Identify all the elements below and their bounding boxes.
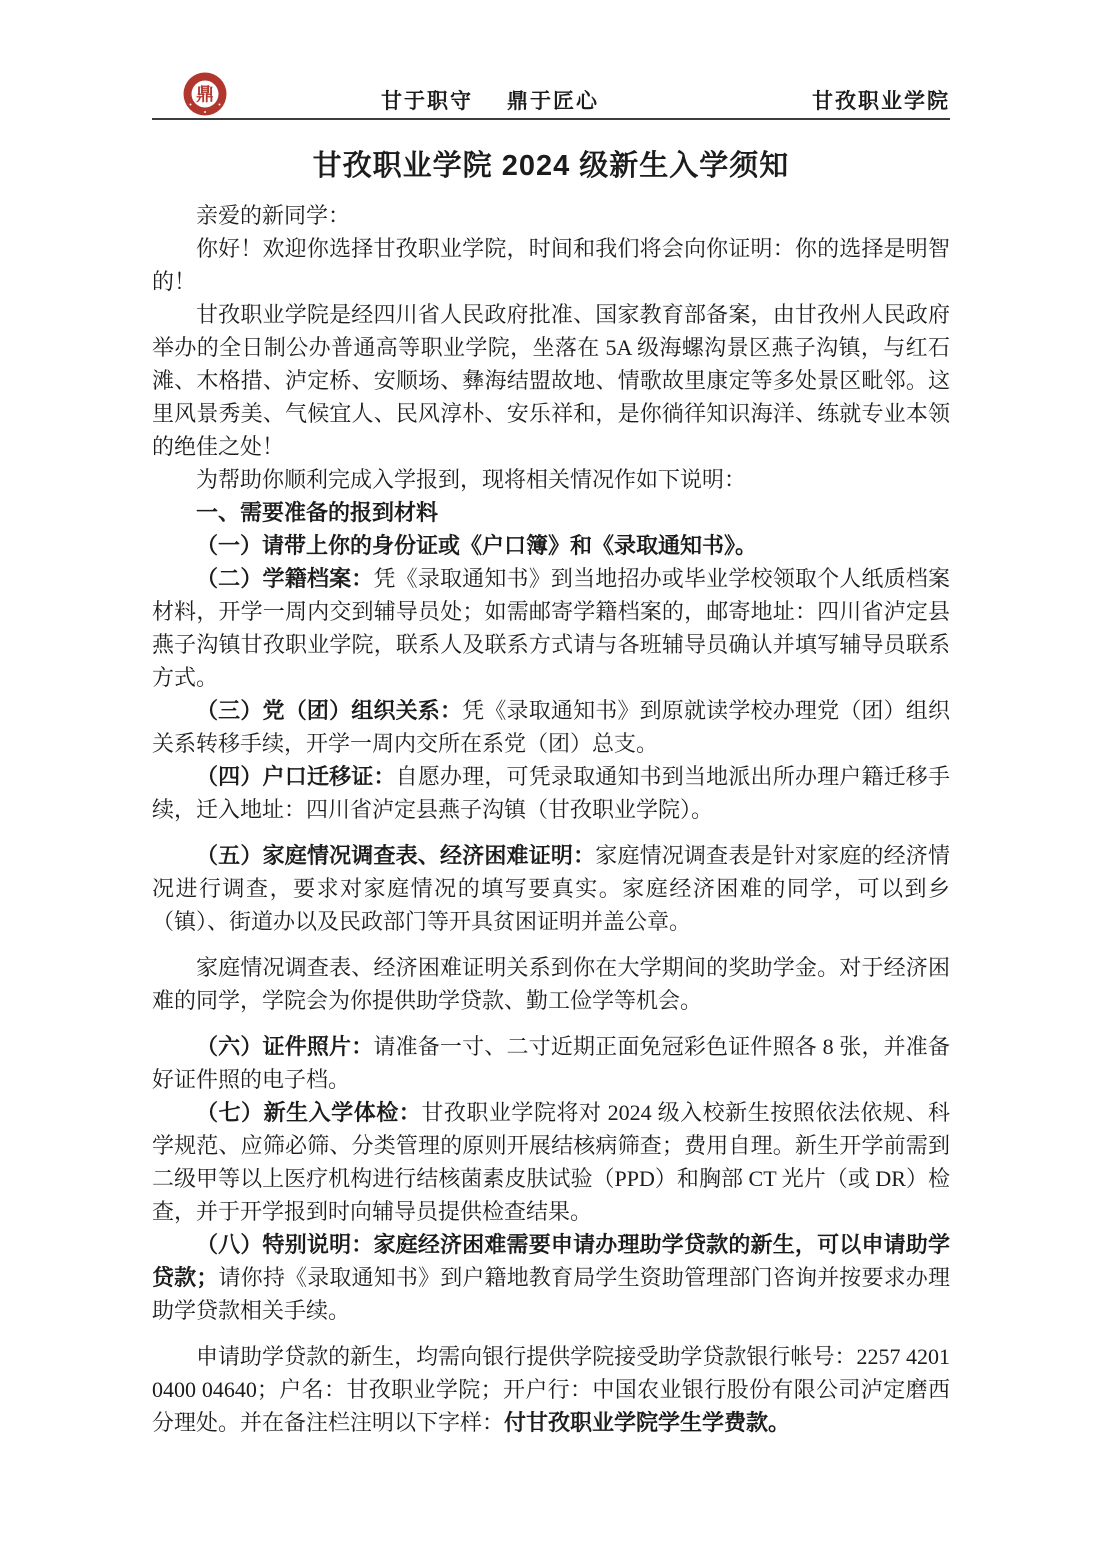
paragraph: （五）家庭情况调查表、经济困难证明：家庭情况调查表是针对家庭的经济情况进行调查，… [152, 839, 950, 938]
paragraph-text: 你好！欢迎你选择甘孜职业学院，时间和我们将会向你证明：你的选择是明智的！ [152, 236, 950, 294]
paragraph: 甘孜职业学院是经四川省人民政府批准、国家教育部备案，由甘孜州人民政府举办的全日制… [152, 298, 950, 463]
paragraph: 申请助学贷款的新生，均需向银行提供学院接受助学贷款银行帐号：2257 4201 … [152, 1340, 950, 1439]
paragraph-text: 为帮助你顺利完成入学报到，现将相关情况作如下说明： [196, 467, 746, 492]
paragraph-text-bold: （一）请带上你的身份证或《户口簿》和《录取通知书》。 [196, 533, 757, 558]
paragraph-text-bold: （五）家庭情况调查表、经济困难证明： [196, 843, 595, 868]
paragraph-text-bold: 付甘孜职业学院学生学费款。 [504, 1410, 790, 1435]
paragraph-text-bold: （六）证件照片： [196, 1034, 373, 1059]
paragraph-text-bold: （四）户口迁移证： [196, 764, 396, 789]
paragraph: （七）新生入学体检：甘孜职业学院将对 2024 级入校新生按照依法依规、科学规范… [152, 1096, 950, 1228]
paragraph: 亲爱的新同学： [152, 199, 950, 232]
document-page: 鼎 甘于职守鼎于匠心 甘孜职业学院 甘孜职业学院 2024 级新生入学须知 亲爱… [0, 0, 1102, 1559]
paragraph: （二）学籍档案：凭《录取通知书》到当地招办或毕业学校领取个人纸质档案材料，开学一… [152, 562, 950, 694]
paragraph: 你好！欢迎你选择甘孜职业学院，时间和我们将会向你证明：你的选择是明智的！ [152, 232, 950, 298]
paragraph: （三）党（团）组织关系：凭《录取通知书》到原就读学校办理党（团）组织关系转移手续… [152, 694, 950, 760]
paragraph: 一、需要准备的报到材料 [152, 496, 950, 529]
paragraph: 家庭情况调查表、经济困难证明关系到你在大学期间的奖助学金。对于经济困难的同学，学… [152, 951, 950, 1017]
paragraph: （六）证件照片：请准备一寸、二寸近期正面免冠彩色证件照各 8 张，并准备好证件照… [152, 1030, 950, 1096]
header-motto-left: 甘于职守 [381, 89, 473, 113]
page-title: 甘孜职业学院 2024 级新生入学须知 [152, 146, 950, 186]
header-motto: 甘于职守鼎于匠心 [198, 85, 782, 118]
paragraph-text: 亲爱的新同学： [196, 203, 350, 228]
paragraph-text-bold: （三）党（团）组织关系： [196, 698, 462, 723]
paragraph: 为帮助你顺利完成入学报到，现将相关情况作如下说明： [152, 463, 950, 496]
paragraph-text: 家庭情况调查表、经济困难证明关系到你在大学期间的奖助学金。对于经济困难的同学，学… [152, 955, 950, 1013]
paragraph-text: 请你持《录取通知书》到户籍地教育局学生资助管理部门咨询并按要求办理助学贷款相关手… [152, 1265, 950, 1323]
paragraph-text-bold: （二）学籍档案： [196, 566, 373, 591]
document-header: 鼎 甘于职守鼎于匠心 甘孜职业学院 [152, 72, 950, 120]
paragraph: （一）请带上你的身份证或《户口簿》和《录取通知书》。 [152, 529, 950, 562]
paragraph-text: 甘孜职业学院是经四川省人民政府批准、国家教育部备案，由甘孜州人民政府举办的全日制… [152, 302, 950, 459]
document-body: 亲爱的新同学：你好！欢迎你选择甘孜职业学院，时间和我们将会向你证明：你的选择是明… [152, 199, 950, 1439]
paragraph: （四）户口迁移证：自愿办理，可凭录取通知书到当地派出所办理户籍迁移手续，迁入地址… [152, 760, 950, 826]
header-school-name: 甘孜职业学院 [812, 85, 950, 118]
paragraph-text-bold: 一、需要准备的报到材料 [196, 500, 438, 525]
paragraph-text-bold: （七）新生入学体检： [196, 1100, 421, 1125]
paragraph: （八）特别说明：家庭经济困难需要申请办理助学贷款的新生，可以申请助学贷款；请你持… [152, 1228, 950, 1327]
header-motto-right: 鼎于匠心 [507, 89, 599, 113]
